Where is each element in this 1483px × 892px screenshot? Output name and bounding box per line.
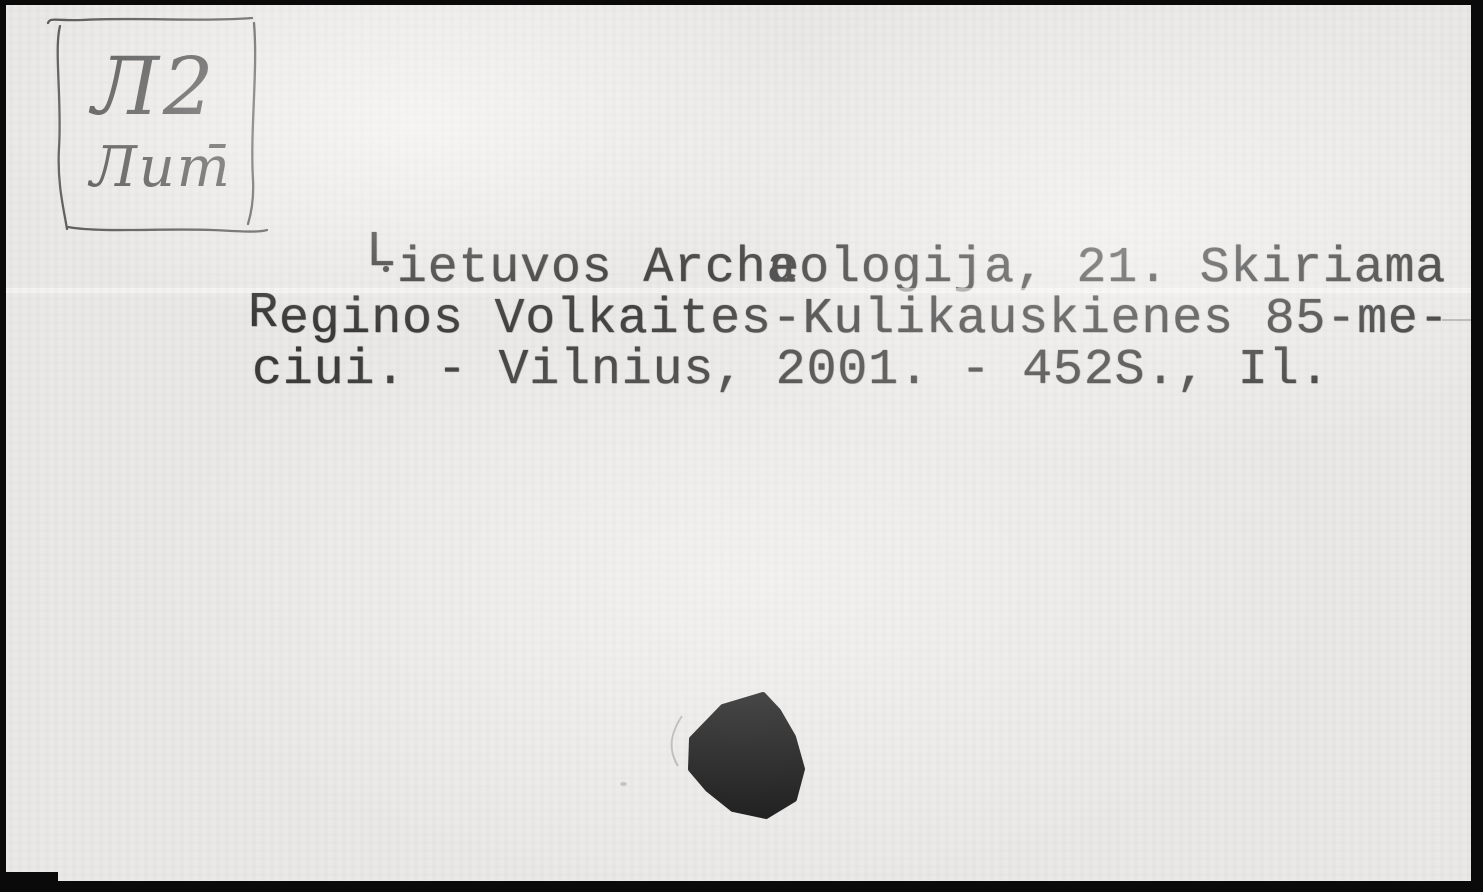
raised-initial-R: R xyxy=(248,285,279,342)
classification-box: Л2 Лит̄ xyxy=(40,8,280,243)
raised-initial-L: L xyxy=(366,224,397,281)
pencil-arc xyxy=(672,716,682,766)
ink-blot xyxy=(648,686,823,826)
entry-line-3: ciui. - Vilnius, 2001. - 452S., Il. xyxy=(252,345,1330,396)
right-edge-bar xyxy=(1471,0,1483,892)
entry-line-2: Reginos Volkaites-Kulikauskienes 85-me- xyxy=(248,294,1449,345)
bottom-edge-bar xyxy=(0,881,1483,892)
scanned-catalog-card: Л2 Лит̄ Lietuvos Archaeologija, 21. Skir… xyxy=(0,0,1483,892)
stray-ink-dot xyxy=(383,266,389,272)
line3-segment: ciui. - Vilnius, 2001. - 452S., Il. xyxy=(252,342,1330,399)
scan-faint-line xyxy=(1442,319,1472,321)
ink-blot-shape xyxy=(691,695,802,816)
classification-code: Л2 xyxy=(88,40,218,133)
scan-speck xyxy=(620,782,627,786)
entry-line-1: Lietuvos Archaeologija, 21. Skiriama xyxy=(366,243,1446,294)
classification-category: Лит̄ xyxy=(87,135,232,200)
line2-segment: eginos Volkaites-Kulikauskienes 85-me- xyxy=(279,291,1450,348)
top-edge-bar xyxy=(0,0,1483,5)
left-edge-bar xyxy=(0,0,6,876)
scan-streak xyxy=(0,288,1471,293)
